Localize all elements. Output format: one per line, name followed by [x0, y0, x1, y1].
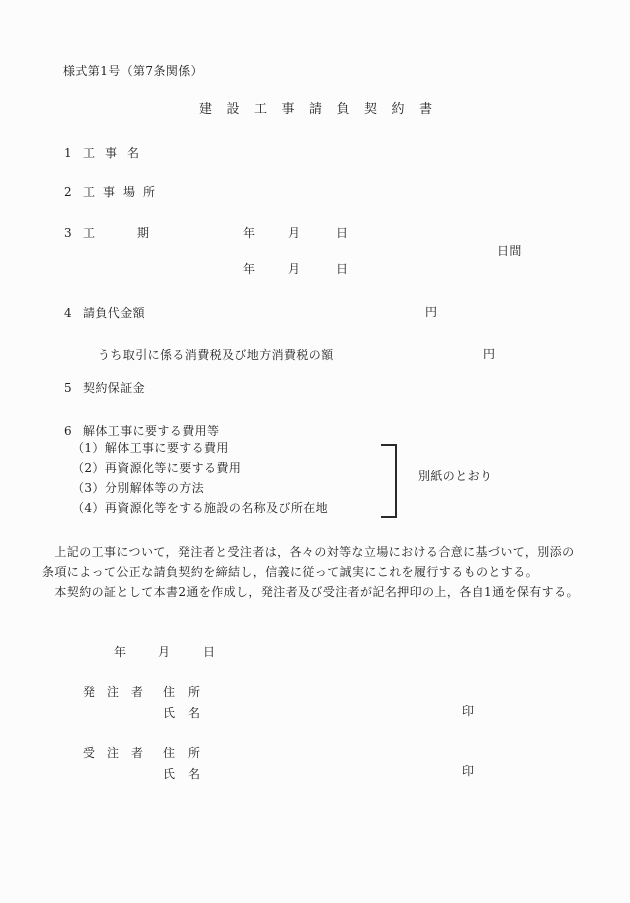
orderer-address-label: 住所	[163, 686, 213, 699]
document-title: 建設工事請負契約書	[199, 103, 447, 116]
form-number-label: 様式第1号（第7条関係）	[63, 65, 203, 78]
item-4-label: 請負代金額	[83, 307, 145, 320]
demolition-sub-item-2: （2）再資源化等に要する費用	[72, 462, 241, 475]
contractor-seal-label: 印	[462, 765, 474, 778]
contractor-name-label: 氏名	[163, 768, 213, 781]
period-start-day-label: 日	[336, 227, 348, 240]
demolition-sub-item-1: （1）解体工事に要する費用	[72, 442, 229, 455]
item-1-number: 1	[64, 147, 72, 160]
period-start-year-label: 年	[243, 227, 255, 240]
tax-amount-label: うち取引に係る消費税及び地方消費税の額	[98, 349, 334, 362]
contractor-address-label: 住所	[163, 747, 213, 760]
period-end-month-label: 月	[288, 263, 300, 276]
amount-yen-label: 円	[425, 306, 437, 319]
signature-date-year-label: 年	[114, 646, 126, 659]
item-1-label: 工事名	[83, 147, 149, 160]
clause-paragraph-line-1: 上記の工事について，発注者と受注者は，各々の対等な立場における合意に基づいて，別…	[42, 546, 574, 559]
period-end-year-label: 年	[243, 263, 255, 276]
orderer-seal-label: 印	[462, 705, 474, 718]
signature-date-day-label: 日	[203, 646, 215, 659]
item-5-label: 契約保証金	[83, 382, 145, 395]
item-2-number: 2	[64, 186, 72, 199]
orderer-name-label: 氏名	[163, 707, 213, 720]
contractor-role-label: 受注者	[83, 747, 155, 760]
period-duration-label: 日間	[497, 245, 522, 258]
demolition-sub-item-3: （3）分別解体等の方法	[72, 482, 204, 495]
attachment-note: 別紙のとおり	[418, 470, 492, 483]
item-6-label: 解体工事に要する費用等	[83, 425, 219, 438]
tax-yen-label: 円	[483, 348, 495, 361]
item-3-label-b: 期	[137, 227, 149, 240]
item-3-number: 3	[64, 227, 72, 240]
grouping-bracket	[381, 444, 397, 518]
item-6-number: 6	[64, 425, 72, 438]
item-5-number: 5	[64, 382, 72, 395]
item-3-label-a: 工	[83, 227, 95, 240]
clause-paragraph-line-2: 条項によって公正な請負契約を締結し，信義に従って誠実にこれを履行するものとする。	[42, 566, 538, 579]
contract-form-page: 様式第1号（第7条関係） 建設工事請負契約書 1 工事名 2 工事場所 3 工 …	[0, 0, 630, 903]
period-end-day-label: 日	[336, 263, 348, 276]
item-4-number: 4	[64, 307, 72, 320]
item-2-label: 工事場所	[83, 186, 163, 199]
orderer-role-label: 発注者	[83, 686, 155, 699]
period-start-month-label: 月	[288, 227, 300, 240]
signature-date-month-label: 月	[158, 646, 170, 659]
demolition-sub-item-4: （4）再資源化等をする施設の名称及び所在地	[72, 502, 328, 515]
clause-paragraph-line-3: 本契約の証として本書2通を作成し，発注者及び受注者が記名押印の上，各自1通を保有…	[42, 586, 579, 599]
